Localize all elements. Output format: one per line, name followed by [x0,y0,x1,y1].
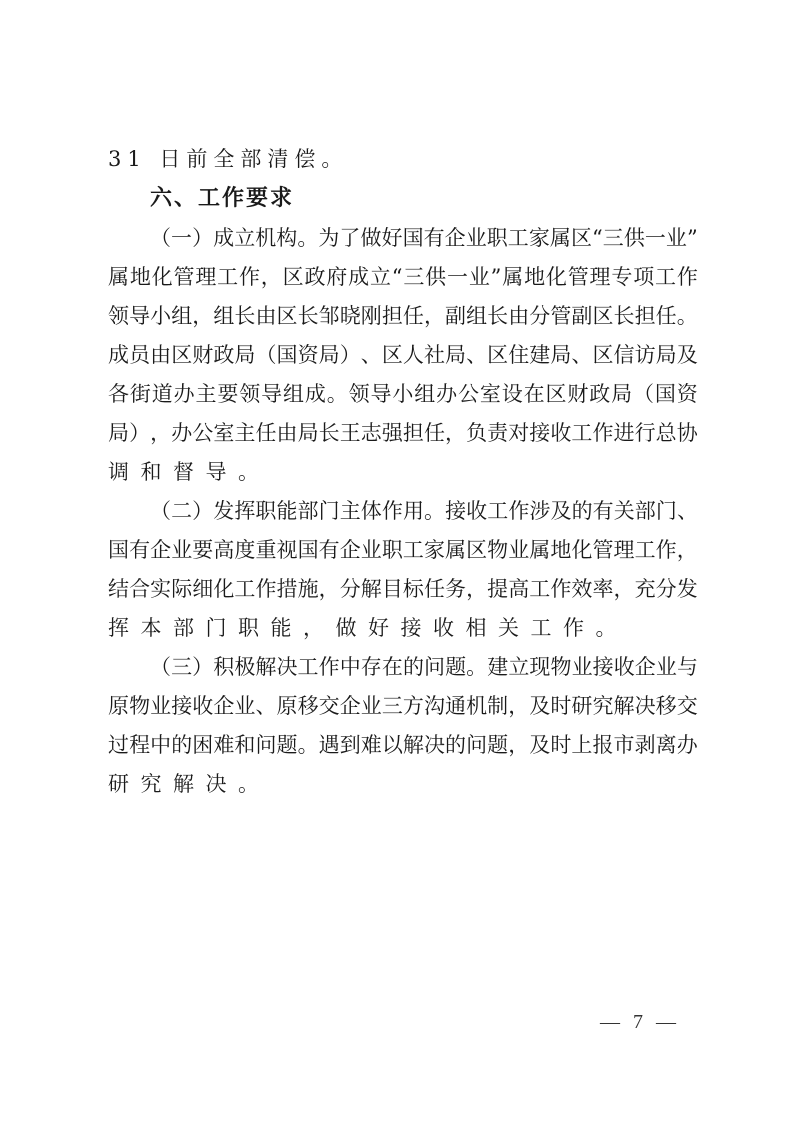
text-line: 各街道办主要领导组成。领导小组办公室设在区财政局（国资 [108,381,698,407]
text-line: 原物业接收企业、原移交企业三方沟通机制，及时研究解决移交 [108,693,698,719]
text-line: 领导小组，组长由区长邹晓刚担任，副组长由分管副区长担任。 [108,303,698,329]
text-line: 属地化管理工作，区政府成立“三供一业”属地化管理专项工作 [108,264,698,290]
text-line: （二）发挥职能部门主体作用。接收工作涉及的有关部门、 [150,498,698,524]
text-line: 31 日前全部清偿。 [108,146,698,172]
text-line: 局），办公室主任由局长王志强担任，负责对接收工作进行总协 [108,420,698,446]
text-line: 研究解决。 [108,771,698,797]
document-page: 31 日前全部清偿。六、工作要求（一）成立机构。为了做好国有企业职工家属区“三供… [0,0,793,1122]
text-line: 挥本部门职能，做好接收相关工作。 [108,615,698,641]
text-line: 调和督导。 [108,459,698,485]
text-line: （一）成立机构。为了做好国有企业职工家属区“三供一业” [150,225,698,251]
section-heading: 六、工作要求 [150,186,294,212]
text-line: 过程中的困难和问题。遇到难以解决的问题，及时上报市剥离办 [108,732,698,758]
page-number: — 7 — [600,1011,680,1034]
text-line: 成员由区财政局（国资局）、区人社局、区住建局、区信访局及 [108,342,698,368]
text-line: 结合实际细化工作措施，分解目标任务，提高工作效率，充分发 [108,576,698,602]
text-line: 国有企业要高度重视国有企业职工家属区物业属地化管理工作， [108,537,698,563]
text-line: （三）积极解决工作中存在的问题。建立现物业接收企业与 [150,654,698,680]
